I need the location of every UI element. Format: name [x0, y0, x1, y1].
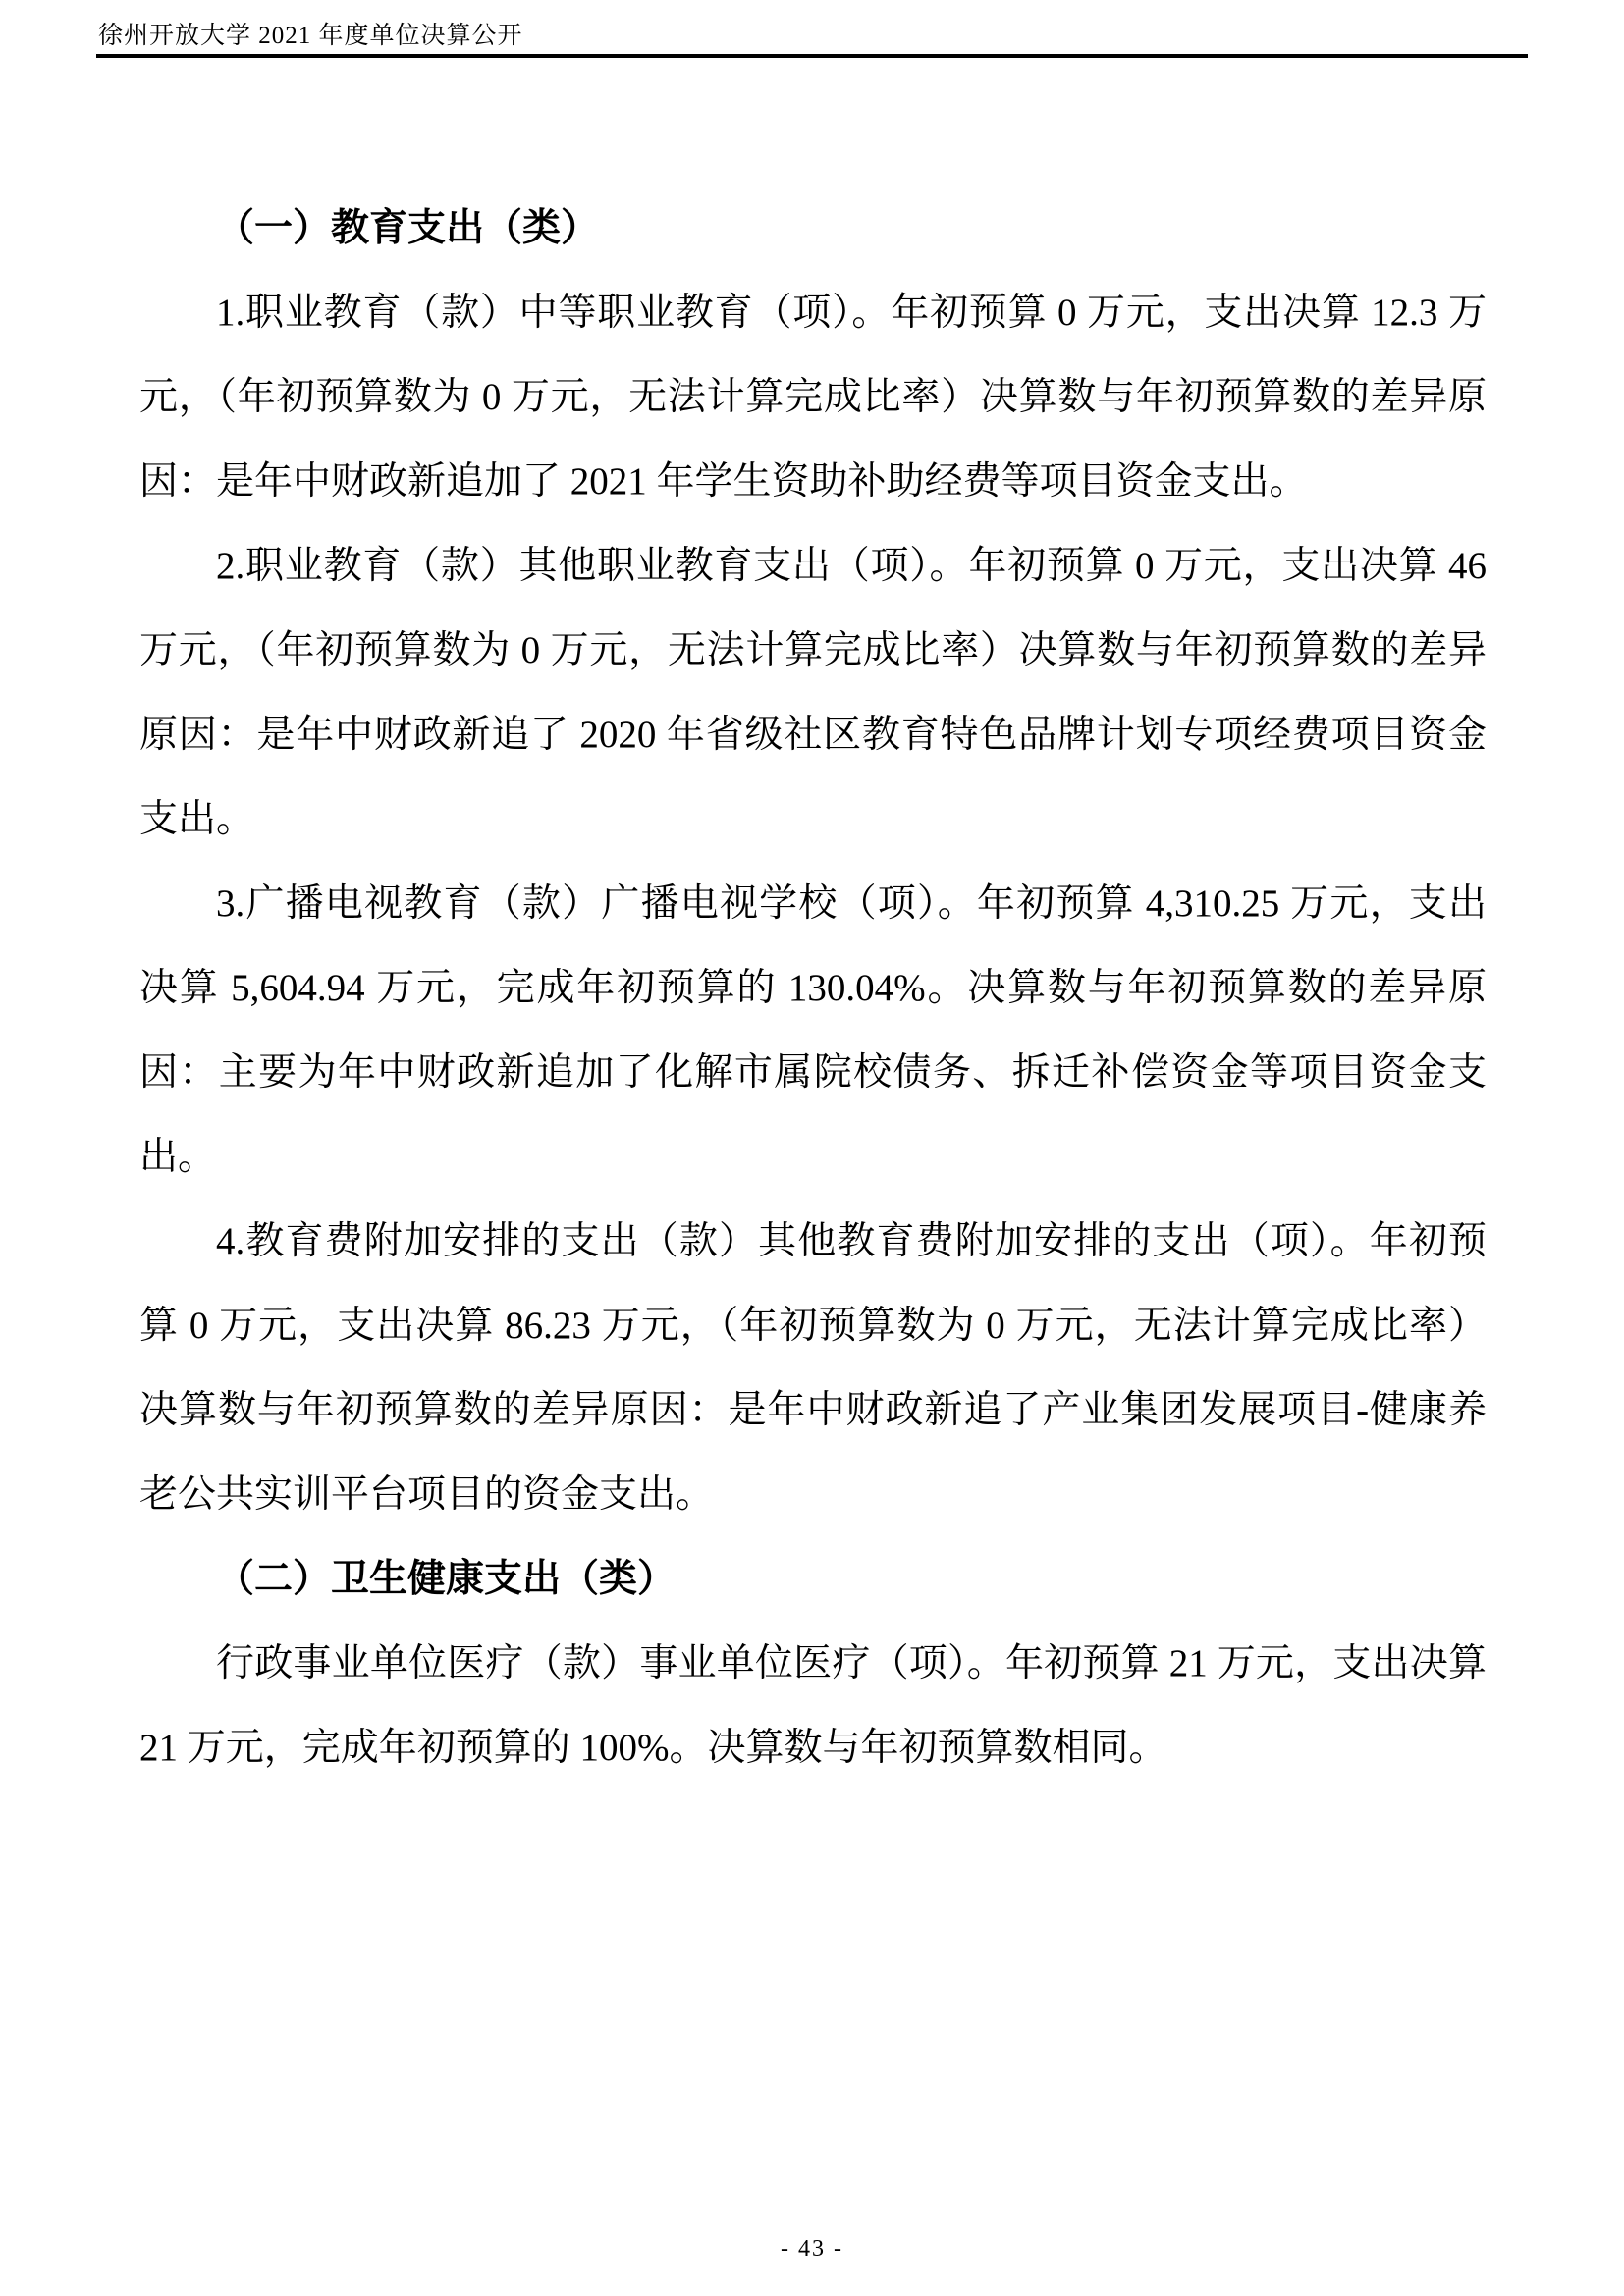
document-page: 徐州开放大学 2021 年度单位决算公开 （一）教育支出（类） 1.职业教育（款… [0, 0, 1624, 2296]
paragraph: 3.广播电视教育（款）广播电视学校（项）。年初预算 4,310.25 万元，支出… [139, 862, 1487, 1200]
paragraph: 1.职业教育（款）中等职业教育（项）。年初预算 0 万元，支出决算 12.3 万… [139, 271, 1487, 524]
section-heading-education: （一）教育支出（类） [139, 187, 1487, 271]
page-header-title: 徐州开放大学 2021 年度单位决算公开 [98, 16, 523, 51]
document-body: （一）教育支出（类） 1.职业教育（款）中等职业教育（项）。年初预算 0 万元，… [139, 187, 1487, 1790]
header-divider [96, 54, 1528, 58]
paragraph: 2.职业教育（款）其他职业教育支出（项）。年初预算 0 万元，支出决算 46 万… [139, 524, 1487, 862]
paragraph: 行政事业单位医疗（款）事业单位医疗（项）。年初预算 21 万元，支出决算 21 … [139, 1622, 1487, 1790]
page-number: - 43 - [0, 2236, 1624, 2263]
section-heading-health: （二）卫生健康支出（类） [139, 1537, 1487, 1622]
paragraph: 4.教育费附加安排的支出（款）其他教育费附加安排的支出（项）。年初预算 0 万元… [139, 1200, 1487, 1537]
